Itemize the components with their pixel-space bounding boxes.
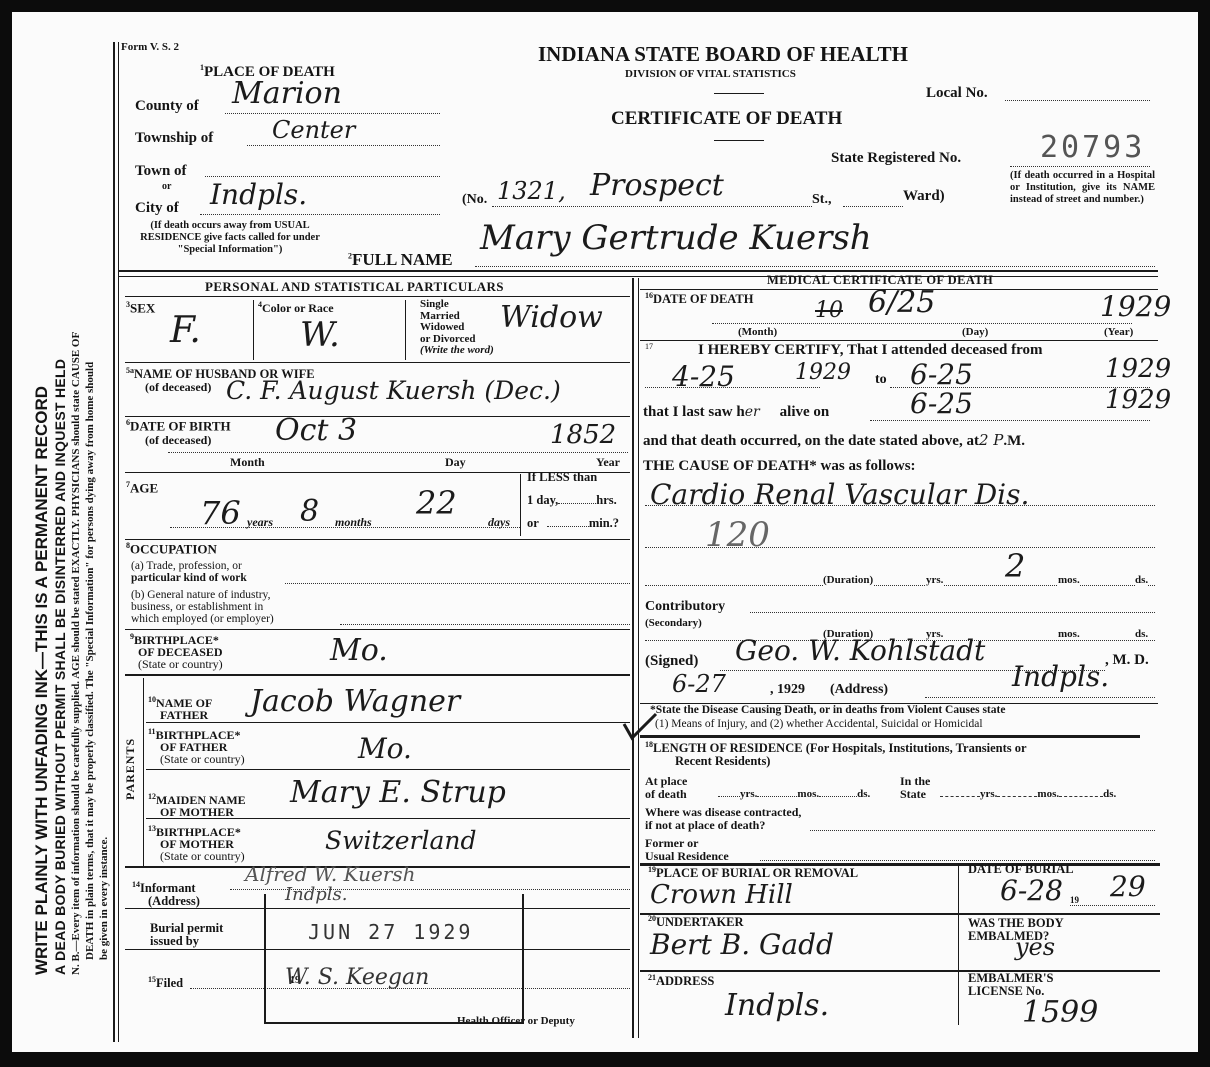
signed-value: Geo. W. Kohlstadt bbox=[735, 634, 985, 667]
father-name-label: 10NAME OF FATHER bbox=[148, 694, 212, 721]
age-years-value: 76 bbox=[200, 494, 241, 532]
occupation-label: 8OCCUPATION bbox=[126, 541, 217, 557]
dob-year-value: 1852 bbox=[550, 420, 616, 450]
birthplace-value: Mo. bbox=[330, 633, 388, 668]
dob-month-label: Month bbox=[230, 455, 265, 470]
date-of-death-struck: 10 bbox=[815, 298, 843, 323]
column-divider-inner bbox=[638, 278, 639, 1038]
certificate-title: CERTIFICATE OF DEATH bbox=[611, 108, 842, 130]
column-divider bbox=[632, 278, 634, 1038]
father-birthplace-label: 11BIRTHPLACE* OF FATHER (State or countr… bbox=[148, 726, 245, 765]
at-place-units: yrs.mos.ds. bbox=[718, 788, 870, 800]
dob-field[interactable] bbox=[168, 452, 628, 453]
mos-label: mos. bbox=[1058, 574, 1080, 586]
township-value: Center bbox=[272, 116, 355, 144]
county-field[interactable] bbox=[225, 113, 440, 114]
street-no-value: 1321, bbox=[497, 177, 566, 205]
burial-date-year-prefix: 19 bbox=[1070, 895, 1079, 905]
divider bbox=[125, 539, 630, 540]
occurred-text: and that death occurred, on the date sta… bbox=[643, 431, 1025, 450]
divider bbox=[405, 300, 406, 360]
contributory-mos-label: mos. bbox=[1058, 628, 1080, 640]
age-label: 7AGE bbox=[126, 480, 158, 496]
marital-labels: Single Married Widowed or Divorced (Writ… bbox=[420, 299, 494, 357]
county-label: County of bbox=[135, 98, 199, 115]
divider bbox=[714, 140, 764, 141]
occupation-b-field[interactable] bbox=[340, 624, 630, 625]
attended-from-value: 4-25 bbox=[672, 360, 735, 393]
day-label: (Day) bbox=[962, 326, 988, 338]
certify-text: I HEREBY CERTIFY, That I attended deceas… bbox=[698, 342, 1043, 359]
signed-date: 6-27 bbox=[672, 670, 726, 698]
address-value: Indpls. bbox=[1012, 660, 1109, 693]
age-months-value: 8 bbox=[300, 494, 319, 529]
divider bbox=[146, 722, 630, 723]
city-field[interactable] bbox=[200, 214, 440, 215]
spouse-sub-label: (of deceased) bbox=[145, 380, 211, 395]
year-label: (Year) bbox=[1104, 326, 1133, 338]
dob-value: Oct 3 bbox=[275, 413, 357, 448]
race-label: 4Color or Race bbox=[258, 300, 334, 316]
margin-note-2: DEATH in plain terms, that it may be pro… bbox=[84, 362, 96, 960]
divider bbox=[640, 970, 1160, 972]
informant-label: 14Informant (Address) bbox=[132, 878, 200, 908]
burial-address-value: Indpls. bbox=[725, 988, 829, 1023]
years-label: years bbox=[247, 515, 273, 530]
township-field[interactable] bbox=[247, 145, 440, 146]
dob-label: 6DATE OF BIRTH bbox=[126, 418, 231, 434]
father-name-value: Jacob Wagner bbox=[250, 684, 460, 719]
last-saw-text: that I last saw heralive on bbox=[643, 404, 829, 421]
divider bbox=[118, 270, 1158, 272]
township-label: Township of bbox=[135, 130, 213, 147]
in-state-label: In theState bbox=[900, 775, 930, 801]
residence-label-2: Recent Residents) bbox=[675, 754, 770, 769]
less-than-label: If LESS than bbox=[527, 470, 597, 485]
race-value: W. bbox=[300, 315, 340, 355]
divider bbox=[253, 300, 254, 360]
filed-label: 15Filed bbox=[148, 975, 183, 991]
street-field[interactable] bbox=[492, 206, 812, 207]
father-birthplace-value: Mo. bbox=[358, 732, 412, 765]
ward-field[interactable] bbox=[843, 206, 903, 207]
dob-sub-label: (of deceased) bbox=[145, 433, 211, 448]
marital-value: Widow bbox=[500, 300, 603, 335]
burial-place-label: 19PLACE OF BURIAL OR REMOVAL bbox=[648, 865, 858, 881]
street-label: St., bbox=[812, 192, 831, 208]
state-registered-label: State Registered No. bbox=[831, 150, 961, 167]
divider bbox=[640, 735, 1140, 738]
local-no-label: Local No. bbox=[926, 85, 988, 102]
burial-date-field[interactable] bbox=[1070, 905, 1155, 906]
date-of-death-label: 16DATE OF DEATH bbox=[645, 291, 753, 307]
division-title: DIVISION OF VITAL STATISTICS bbox=[625, 68, 796, 80]
duration-mos-value: 2 bbox=[1005, 547, 1025, 585]
contracted-label: Where was disease contracted,if not at p… bbox=[645, 806, 801, 832]
less-than-min: ormin.? bbox=[527, 516, 619, 531]
divider bbox=[520, 474, 521, 536]
mother-birthplace-label: 13BIRTHPLACE* OF MOTHER (State or countr… bbox=[148, 823, 245, 862]
divider bbox=[146, 769, 630, 770]
attended-from-year: 1929 bbox=[795, 360, 851, 385]
form-border-left bbox=[113, 42, 115, 1042]
days-label: days bbox=[488, 515, 510, 530]
to-label: to bbox=[875, 372, 887, 388]
divider bbox=[640, 340, 1158, 341]
local-no-field[interactable] bbox=[1005, 100, 1150, 101]
contributory-field[interactable] bbox=[750, 612, 1155, 613]
state-registered-number: 20793 bbox=[1040, 130, 1145, 165]
full-name-label: 2FULL NAME bbox=[348, 250, 453, 270]
birthplace-label: 9BIRTHPLACE* OF DECEASED (State or count… bbox=[130, 631, 223, 670]
burial-permit-label: Burial permitissued by bbox=[150, 922, 223, 948]
divider bbox=[958, 865, 959, 1025]
divider bbox=[146, 818, 630, 819]
city-value: Indpls. bbox=[210, 178, 307, 211]
address-label: (Address) bbox=[830, 682, 888, 698]
county-value: Marion bbox=[232, 76, 342, 111]
attended-to-year: 1929 bbox=[1105, 354, 1171, 384]
last-saw-year: 1929 bbox=[1105, 385, 1171, 415]
town-label: Town of bbox=[135, 163, 187, 180]
divider bbox=[125, 629, 630, 630]
undertaker-value: Bert B. Gadd bbox=[650, 928, 834, 961]
sex-label: 3SEX bbox=[126, 300, 155, 316]
age-days-value: 22 bbox=[416, 484, 457, 522]
md-label: , M. D. bbox=[1105, 652, 1149, 669]
last-saw-date: 6-25 bbox=[910, 387, 973, 420]
margin-note-3: be given in every instance. bbox=[98, 837, 110, 960]
cause-value: Cardio Renal Vascular Dis. bbox=[650, 478, 1029, 511]
ward-label: Ward) bbox=[903, 188, 945, 205]
date-of-death-field[interactable] bbox=[712, 323, 1132, 324]
burial-permit-box bbox=[264, 894, 524, 1024]
or-label: or bbox=[162, 181, 171, 192]
cause-heading: THE CAUSE OF DEATH* was as follows: bbox=[643, 458, 916, 475]
parents-label: PARENTS bbox=[123, 738, 138, 800]
former-residence-label: Former orUsual Residence bbox=[645, 837, 729, 863]
former-residence-field[interactable] bbox=[760, 860, 1155, 861]
form-number: Form V. S. 2 bbox=[121, 41, 179, 53]
informant-value: Alfred W. Kuersh bbox=[245, 862, 416, 886]
street-no-label: (No. bbox=[462, 192, 487, 208]
month-label: (Month) bbox=[738, 326, 777, 338]
hospital-note: (If death occurred in a Hospital or Inst… bbox=[1010, 170, 1155, 206]
personal-heading: PERSONAL AND STATISTICAL PARTICULARS bbox=[205, 279, 504, 295]
contracted-field[interactable] bbox=[810, 830, 1155, 831]
signed-year: , 1929 bbox=[770, 682, 805, 698]
ds-label: ds. bbox=[1135, 574, 1148, 586]
parents-bracket bbox=[143, 678, 144, 866]
divider bbox=[118, 276, 1158, 277]
less-than-day: 1 day,hrs. bbox=[527, 493, 617, 508]
occupation-a-field[interactable] bbox=[285, 583, 630, 584]
street-value: Prospect bbox=[590, 168, 724, 203]
burial-place-value: Crown Hill bbox=[650, 880, 793, 910]
burial-date-year: 29 bbox=[1110, 870, 1146, 903]
embalmed-value: yes bbox=[1015, 933, 1055, 961]
sex-value: F. bbox=[170, 310, 201, 351]
dob-year-label: Year bbox=[596, 455, 620, 470]
date-of-death-value: 6/25 bbox=[868, 285, 935, 320]
burial-date-value: 6-28 bbox=[1000, 874, 1063, 907]
mother-name-label: 12MAIDEN NAME OF MOTHER bbox=[148, 791, 246, 818]
occupation-a-label: (a) Trade, profession, orparticular kind… bbox=[131, 560, 247, 584]
address-field[interactable] bbox=[925, 697, 1155, 698]
contributory-label: Contributory bbox=[645, 599, 725, 615]
divider bbox=[125, 296, 630, 297]
yrs-label: yrs. bbox=[926, 574, 943, 586]
full-name-value: Mary Gertrude Kuersh bbox=[480, 218, 872, 258]
margin-warning-permit: A DEAD BODY BURIED WITHOUT PERMIT SHALL … bbox=[52, 359, 68, 975]
mother-name-value: Mary E. Strup bbox=[290, 775, 506, 810]
dob-day-label: Day bbox=[445, 455, 466, 470]
cause-extra-value: 120 bbox=[705, 515, 770, 555]
license-value: 1599 bbox=[1022, 995, 1098, 1030]
mother-birthplace-value: Switzerland bbox=[325, 826, 477, 855]
item-17-number: 17 bbox=[645, 342, 653, 351]
full-name-field[interactable] bbox=[475, 266, 1155, 267]
contributory-ds-label: ds. bbox=[1135, 628, 1148, 640]
occupation-b-label: (b) General nature of industry,business,… bbox=[131, 589, 274, 625]
state-registered-field[interactable] bbox=[1010, 166, 1150, 167]
cause-footnote-1: *State the Disease Causing Death, or in … bbox=[650, 704, 1005, 716]
signed-label: (Signed) bbox=[645, 653, 698, 670]
city-label: City of bbox=[135, 200, 179, 217]
secondary-label: (Secondary) bbox=[645, 617, 702, 629]
spouse-value: C. F. August Kuersh (Dec.) bbox=[226, 376, 561, 405]
away-from-residence-note: (If death occurs away from USUAL RESIDEN… bbox=[135, 220, 325, 256]
date-of-death-year: 1929 bbox=[1100, 290, 1171, 323]
last-saw-field[interactable] bbox=[870, 420, 1150, 421]
cause-footnote-2: (1) Means of Injury, and (2) whether Acc… bbox=[655, 718, 983, 730]
divider bbox=[125, 416, 630, 417]
divider bbox=[125, 674, 630, 676]
burial-address-label: 21ADDRESS bbox=[648, 973, 714, 989]
check-mark-icon bbox=[620, 710, 660, 744]
months-label: months bbox=[335, 515, 372, 530]
margin-note-1: N. B.—Every item of information should b… bbox=[70, 332, 82, 975]
town-field[interactable] bbox=[205, 176, 440, 177]
form-border-left-inner bbox=[118, 42, 119, 1042]
in-state-units: yrs.mos.ds. bbox=[940, 788, 1116, 800]
margin-warning-ink: WRITE PLAINLY WITH UNFADING INK—THIS IS … bbox=[32, 386, 52, 975]
at-place-label: At placeof death bbox=[645, 775, 687, 801]
board-title: INDIANA STATE BOARD OF HEALTH bbox=[538, 42, 908, 67]
duration-label: (Duration) bbox=[823, 574, 873, 586]
divider bbox=[125, 362, 630, 363]
divider bbox=[714, 93, 764, 94]
